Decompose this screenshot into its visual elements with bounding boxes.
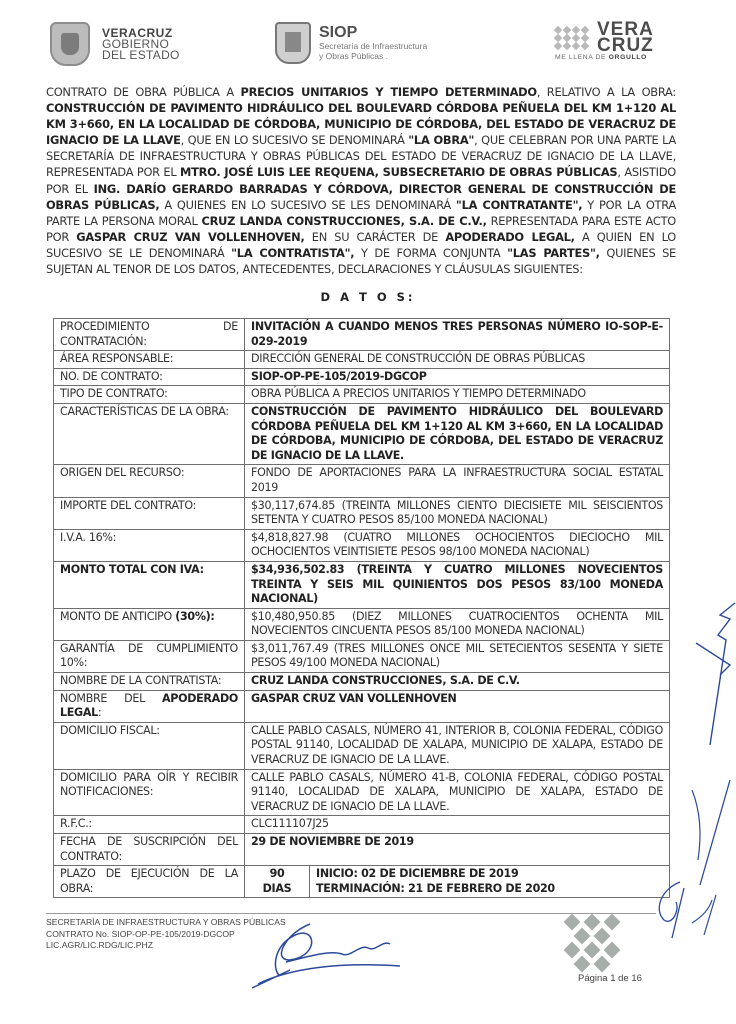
row-label: NOMBRE DEL APODERADO LEGAL:	[54, 690, 245, 722]
datos-heading: D A T O S:	[0, 290, 736, 304]
margin-signature-icon	[690, 595, 736, 935]
row-label: MONTO TOTAL CON IVA:	[54, 561, 245, 608]
intro-text: EN SU CARÁCTER DE	[305, 230, 446, 244]
label-text: PROCEDIMIENTO DE CONTRATACIÓN:	[60, 320, 238, 348]
row-value: GASPAR CRUZ VAN VOLLENHOVEN	[245, 690, 670, 722]
logo-text: DEL ESTADO	[102, 50, 180, 61]
table-row: DOMICILIO PARA OÍR Y RECIBIR NOTIFICACIO…	[54, 769, 670, 816]
row-label: ORIGEN DEL RECURSO:	[54, 465, 245, 497]
days-unit: DIAS	[251, 882, 303, 897]
row-value: CRUZ LANDA CONSTRUCCIONES, S.A. DE C.V.	[245, 673, 670, 691]
logo-tagline: ME LLENA DE ORGULLO	[555, 54, 647, 61]
row-value: DIRECCIÓN GENERAL DE CONSTRUCCIÓN DE OBR…	[245, 351, 670, 369]
row-label: TIPO DE CONTRATO:	[54, 386, 245, 404]
label-text: R.F.C.:	[60, 817, 92, 830]
footer-reference: SECRETARÍA DE INFRAESTRUCTURA Y OBRAS PÚ…	[46, 917, 286, 952]
table-row-plazo: PLAZO DE EJECUCIÓN DE LA OBRA:90DIASINIC…	[54, 866, 670, 898]
label-text: NOMBRE DE LA CONTRATISTA:	[60, 674, 221, 687]
value-text: DIRECCIÓN GENERAL DE CONSTRUCCIÓN DE OBR…	[251, 352, 585, 365]
table-row: NOMBRE DEL APODERADO LEGAL:GASPAR CRUZ V…	[54, 690, 670, 722]
intro-text: Y DE FORMA CONJUNTA	[354, 246, 507, 260]
veracruz-brand-logo: VERA CRUZ	[555, 22, 654, 54]
intro-text: CONTRATO DE OBRA PÚBLICA A	[46, 85, 240, 99]
label-text: CARACTERÍSTICAS DE LA OBRA:	[60, 405, 229, 418]
letterhead: VERACRUZ GOBIERNO DEL ESTADO SIOP Secret…	[50, 20, 680, 70]
end-date: TERMINACIÓN: 21 DE FEBRERO DE 2020	[316, 882, 663, 897]
intro-bold-text: APODERADO LEGAL,	[445, 230, 574, 244]
row-label: DOMICILIO FISCAL:	[54, 722, 245, 769]
row-value: CALLE PABLO CASALS, NÚMERO 41, INTERIOR …	[245, 722, 670, 769]
row-value: $4,818,827.98 (CUATRO MILLONES OCHOCIENT…	[245, 529, 670, 561]
label-text: ORIGEN DEL RECURSO:	[60, 466, 184, 479]
intro-text: A QUIENES EN LO SUCESIVO SE LES DENOMINA…	[159, 198, 455, 212]
knot-pattern-icon	[558, 912, 628, 974]
table-row: DOMICILIO FISCAL:CALLE PABLO CASALS, NÚM…	[54, 722, 670, 769]
execution-days: 90DIAS	[245, 866, 310, 898]
row-value: 29 DE NOVIEMBRE DE 2019	[245, 834, 670, 866]
value-text: CALLE PABLO CASALS, NÚMERO 41, INTERIOR …	[251, 724, 663, 766]
row-label: NOMBRE DE LA CONTRATISTA:	[54, 673, 245, 691]
intro-bold-text: "LA CONTRATISTA",	[231, 246, 354, 260]
footer-line: CONTRATO No. SIOP-OP-PE-105/2019-DGCOP	[46, 929, 286, 941]
label-text: FECHA DE SUSCRIPCIÓN DEL CONTRATO:	[60, 835, 238, 863]
row-value: $3,011,767.49 (TRES MILLONES ONCE MIL SE…	[245, 640, 670, 672]
value-text: $4,818,827.98 (CUATRO MILLONES OCHOCIENT…	[251, 531, 663, 559]
value-text: CRUZ LANDA CONSTRUCCIONES, S.A. DE C.V.	[251, 674, 520, 687]
label-text: :	[98, 706, 101, 719]
row-value: OBRA PÚBLICA A PRECIOS UNITARIOS Y TIEMP…	[245, 386, 670, 404]
value-text: $30,117,674.85 (TREINTA MILLONES CIENTO …	[251, 499, 663, 527]
row-label: CARACTERÍSTICAS DE LA OBRA:	[54, 403, 245, 464]
row-label: R.F.C.:	[54, 816, 245, 834]
intro-bold-text: CRUZ LANDA CONSTRUCCIONES, S.A. DE C.V.,	[202, 214, 487, 228]
siop-logo: SIOP Secretaría de Infraestructura y Obr…	[275, 22, 427, 64]
row-value: CONSTRUCCIÓN DE PAVIMENTO HIDRÁULICO DEL…	[245, 403, 670, 464]
label-text: DOMICILIO FISCAL:	[60, 724, 160, 737]
contract-intro-paragraph: CONTRATO DE OBRA PÚBLICA A PRECIOS UNITA…	[46, 84, 676, 277]
row-label: I.V.A. 16%:	[54, 529, 245, 561]
label-text: IMPORTE DEL CONTRATO:	[60, 499, 196, 512]
table-row: TIPO DE CONTRATO:OBRA PÚBLICA A PRECIOS …	[54, 386, 670, 404]
value-text: CLC111107J25	[251, 817, 329, 830]
label-text: I.V.A. 16%:	[60, 531, 116, 544]
row-value: $30,117,674.85 (TREINTA MILLONES CIENTO …	[245, 497, 670, 529]
row-label: GARANTÍA DE CUMPLIMIENTO 10%:	[54, 640, 245, 672]
state-coat-of-arms-icon	[50, 22, 90, 66]
siop-shield-icon	[275, 22, 311, 64]
row-value: CALLE PABLO CASALS, NÚMERO 41-B, COLONIA…	[245, 769, 670, 816]
label-text: TIPO DE CONTRATO:	[60, 387, 168, 400]
row-label: PROCEDIMIENTO DE CONTRATACIÓN:	[54, 319, 245, 351]
table-row: FECHA DE SUSCRIPCIÓN DEL CONTRATO:29 DE …	[54, 834, 670, 866]
table-row: IMPORTE DEL CONTRATO:$30,117,674.85 (TRE…	[54, 497, 670, 529]
table-row: NO. DE CONTRATO:SIOP-OP-PE-105/2019-DGCO…	[54, 368, 670, 386]
value-text: CALLE PABLO CASALS, NÚMERO 41-B, COLONIA…	[251, 771, 663, 813]
label-text: ÁREA RESPONSABLE:	[60, 352, 173, 365]
value-text: CONSTRUCCIÓN DE PAVIMENTO HIDRÁULICO DEL…	[251, 405, 663, 462]
gobierno-veracruz-logo: VERACRUZ GOBIERNO DEL ESTADO	[50, 22, 180, 66]
row-value: CLC111107J25	[245, 816, 670, 834]
intro-text: , QUE EN LO SUCESIVO SE DENOMINARÁ	[181, 133, 409, 147]
row-value: INICIO: 02 DE DICIEMBRE DE 2019TERMINACI…	[310, 866, 670, 898]
row-value: SIOP-OP-PE-105/2019-DGCOP	[245, 368, 670, 386]
value-text: OBRA PÚBLICA A PRECIOS UNITARIOS Y TIEMP…	[251, 387, 586, 400]
row-label: DOMICILIO PARA OÍR Y RECIBIR NOTIFICACIO…	[54, 769, 245, 816]
value-text: GASPAR CRUZ VAN VOLLENHOVEN	[251, 692, 457, 705]
footer-line: LIC.AGR/LIC.RDG/LIC.PHZ	[46, 940, 286, 952]
label-text: MONTO DE ANTICIPO	[60, 610, 175, 623]
intro-bold-text: PRECIOS UNITARIOS Y TIEMPO DETERMINADO	[240, 85, 536, 99]
footer-line: SECRETARÍA DE INFRAESTRUCTURA Y OBRAS PÚ…	[46, 917, 286, 929]
logo-text: y Obras Públicas .	[319, 51, 427, 61]
label-text: GARANTÍA DE CUMPLIMIENTO 10%:	[60, 642, 238, 670]
tagline-prefix: ME LLENA DE	[555, 54, 609, 61]
row-value: $10,480,950.85 (DIEZ MILLONES CUATROCIEN…	[245, 608, 670, 640]
value-text: INVITACIÓN A CUANDO MENOS TRES PERSONAS …	[251, 320, 663, 348]
table-row: MONTO DE ANTICIPO (30%):$10,480,950.85 (…	[54, 608, 670, 640]
page-number: Página 1 de 16	[578, 973, 642, 984]
value-text: 29 DE NOVIEMBRE DE 2019	[251, 835, 414, 848]
logo-text: Secretaría de Infraestructura	[319, 41, 427, 51]
value-text: $10,480,950.85 (DIEZ MILLONES CUATROCIEN…	[251, 610, 663, 638]
row-value: $34,936,502.83 (TREINTA Y CUATRO MILLONE…	[245, 561, 670, 608]
row-label: IMPORTE DEL CONTRATO:	[54, 497, 245, 529]
table-row: ÁREA RESPONSABLE:DIRECCIÓN GENERAL DE CO…	[54, 351, 670, 369]
table-row: GARANTÍA DE CUMPLIMIENTO 10%:$3,011,767.…	[54, 640, 670, 672]
value-text: $34,936,502.83 (TREINTA Y CUATRO MILLONE…	[251, 563, 663, 605]
label-text: PLAZO DE EJECUCIÓN DE LA OBRA:	[60, 867, 238, 895]
table-row: I.V.A. 16%:$4,818,827.98 (CUATRO MILLONE…	[54, 529, 670, 561]
contract-data-table: PROCEDIMIENTO DE CONTRATACIÓN:INVITACIÓN…	[53, 318, 670, 898]
row-value: INVITACIÓN A CUANDO MENOS TRES PERSONAS …	[245, 319, 670, 351]
row-label: NO. DE CONTRATO:	[54, 368, 245, 386]
row-label: PLAZO DE EJECUCIÓN DE LA OBRA:	[54, 866, 245, 898]
logo-text: CRUZ	[597, 38, 654, 54]
row-label: MONTO DE ANTICIPO (30%):	[54, 608, 245, 640]
table-row: CARACTERÍSTICAS DE LA OBRA:CONSTRUCCIÓN …	[54, 403, 670, 464]
intro-bold-text: "LA OBRA"	[408, 133, 474, 147]
table-row: R.F.C.:CLC111107J25	[54, 816, 670, 834]
intro-bold-text: "LA CONTRATANTE",	[456, 198, 582, 212]
label-text: (30%):	[175, 610, 214, 623]
knot-pattern-icon	[555, 23, 591, 53]
days-number: 90	[251, 867, 303, 882]
start-date: INICIO: 02 DE DICIEMBRE DE 2019	[316, 867, 663, 882]
intro-bold-text: "LAS PARTES",	[507, 246, 600, 260]
row-label: FECHA DE SUSCRIPCIÓN DEL CONTRATO:	[54, 834, 245, 866]
label-text: DOMICILIO PARA OÍR Y RECIBIR NOTIFICACIO…	[60, 771, 238, 799]
value-text: SIOP-OP-PE-105/2019-DGCOP	[251, 370, 427, 383]
table-row: ORIGEN DEL RECURSO:FONDO DE APORTACIONES…	[54, 465, 670, 497]
intro-bold-text: MTRO. JOSÉ LUIS LEE REQUENA, SUBSECRETAR…	[180, 165, 617, 179]
table-row: NOMBRE DE LA CONTRATISTA:CRUZ LANDA CONS…	[54, 673, 670, 691]
row-value: FONDO DE APORTACIONES PARA LA INFRAESTRU…	[245, 465, 670, 497]
table-row: MONTO TOTAL CON IVA:$34,936,502.83 (TREI…	[54, 561, 670, 608]
value-text: FONDO DE APORTACIONES PARA LA INFRAESTRU…	[251, 466, 663, 494]
tagline-bold: ORGULLO	[609, 54, 647, 61]
value-text: $3,011,767.49 (TRES MILLONES ONCE MIL SE…	[251, 642, 663, 670]
label-text: MONTO TOTAL CON IVA:	[60, 563, 204, 576]
label-text: NO. DE CONTRATO:	[60, 370, 163, 383]
label-text: NOMBRE DEL	[60, 692, 162, 705]
logo-title: SIOP	[319, 25, 427, 41]
intro-text: , RELATIVO A LA OBRA:	[537, 85, 676, 99]
intro-bold-text: GASPAR CRUZ VAN VOLLENHOVEN,	[76, 230, 304, 244]
row-label: ÁREA RESPONSABLE:	[54, 351, 245, 369]
table-row: PROCEDIMIENTO DE CONTRATACIÓN:INVITACIÓN…	[54, 319, 670, 351]
